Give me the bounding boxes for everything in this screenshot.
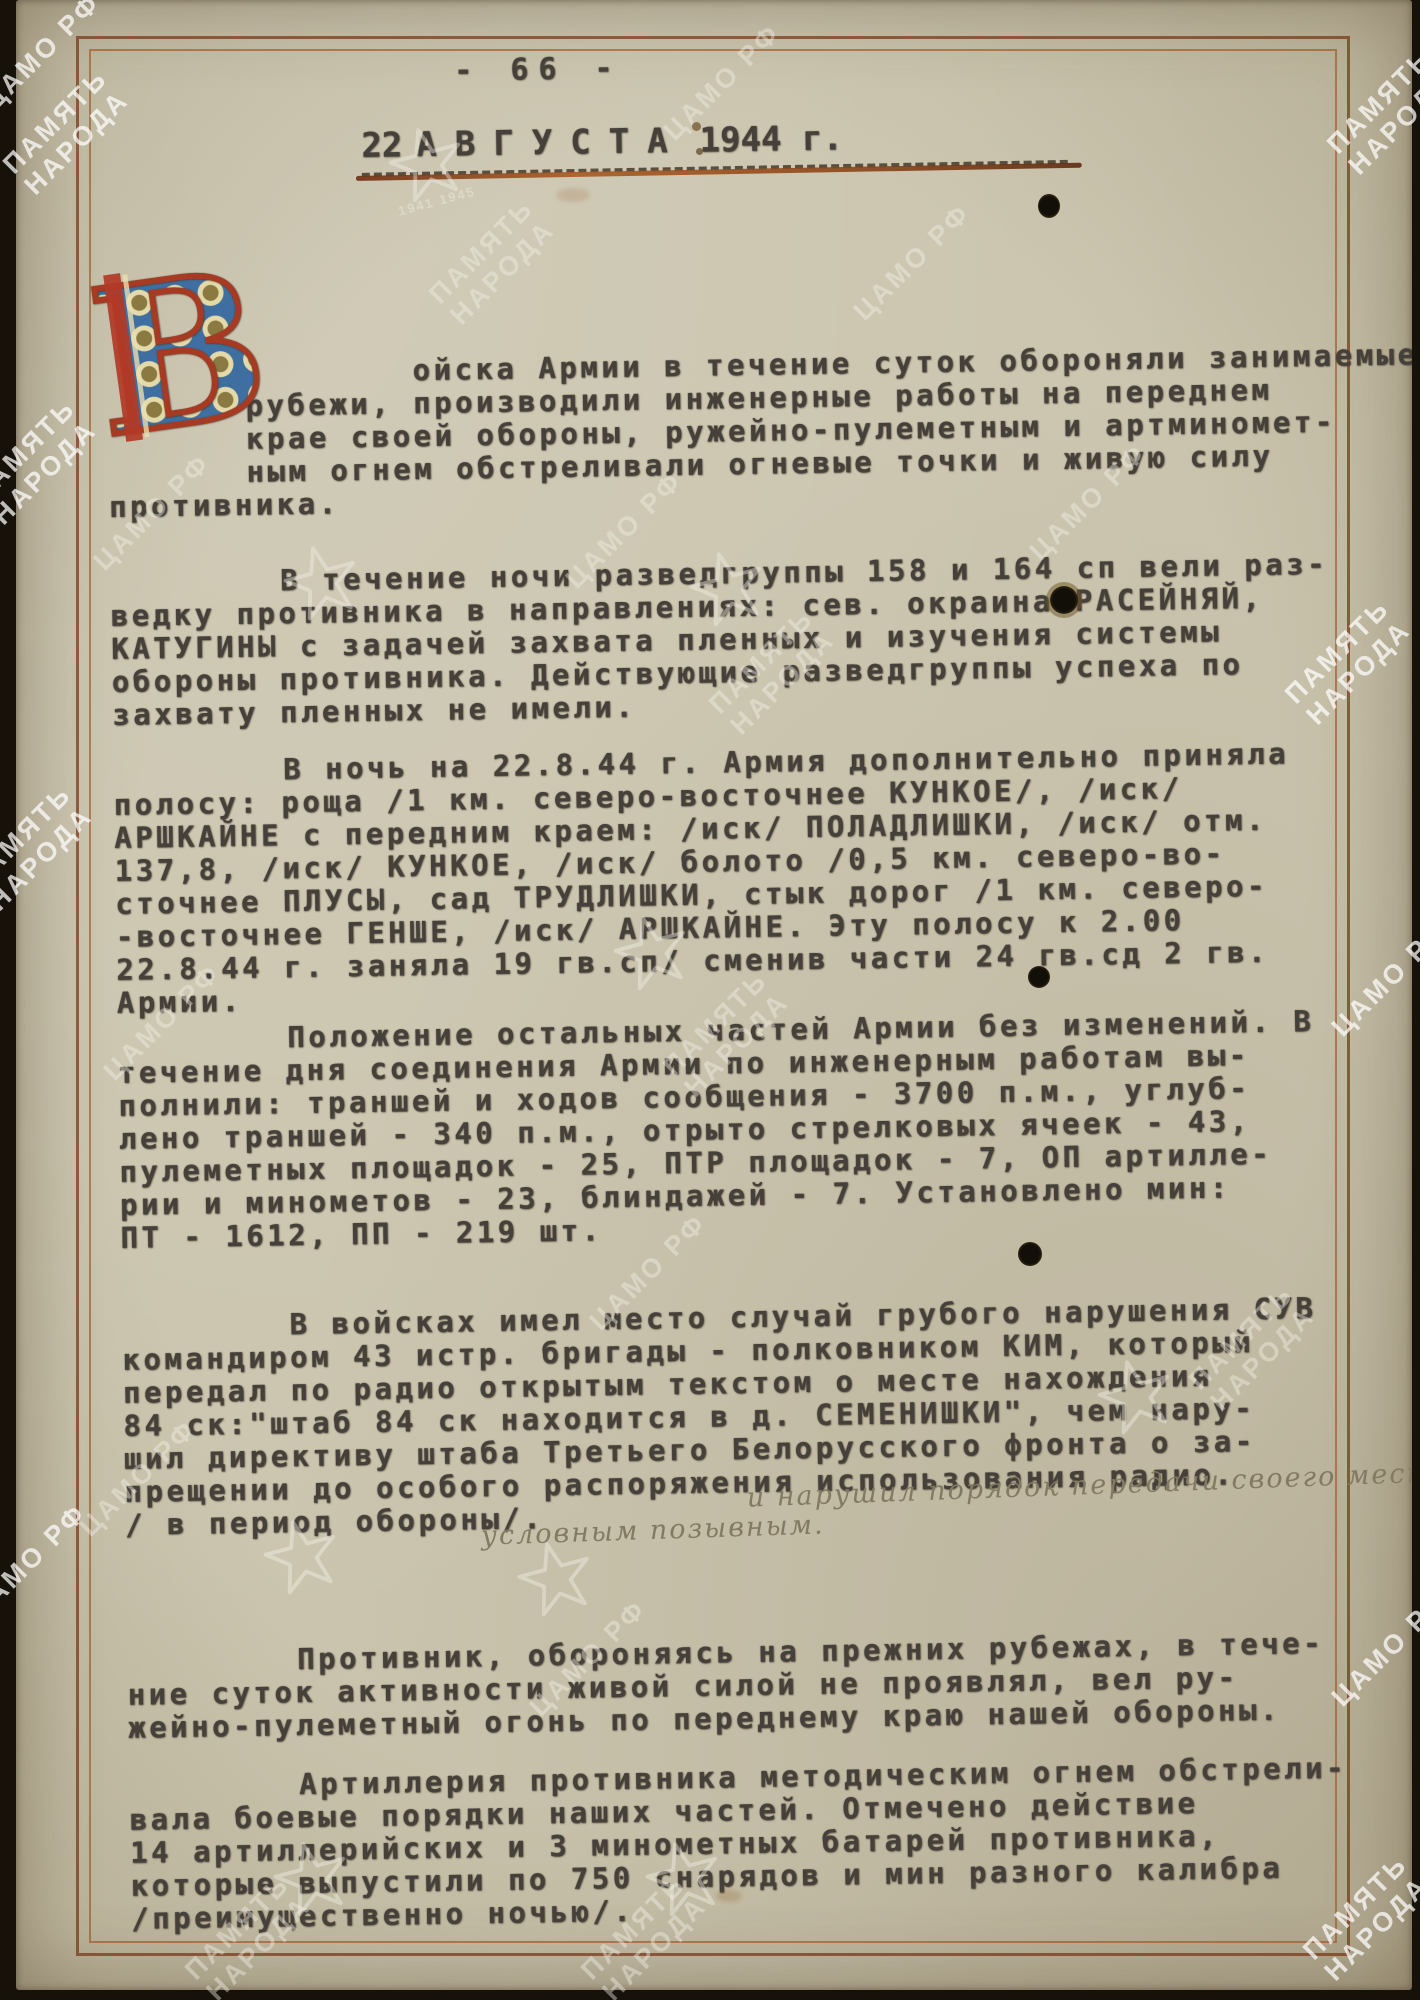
paragraph-4: Положение остальных частей Армии без изм… (117, 1005, 1350, 1255)
paragraph-2: В течение ночи разведгруппы 158 и 164 сп… (110, 548, 1342, 732)
ink-speck (692, 122, 701, 131)
date-heading-day: 22 (361, 125, 403, 166)
date-heading: 22АВГУСТА1944 г. (361, 109, 1334, 168)
paper-stain (556, 188, 590, 202)
document-page: - 66 - 22АВГУСТА1944 г. (16, 0, 1412, 1990)
date-heading-month: АВГУСТА (416, 121, 686, 165)
scan-edge-right (1412, 0, 1420, 2000)
paragraph-1: В ойска Армии в течение суток обороняли … (106, 307, 1339, 557)
paragraph-7: Артиллерия противника методическим огнем… (129, 1751, 1361, 1935)
typed-text-block: - 66 - 22АВГУСТА1944 г. (102, 39, 1361, 1936)
paragraph-5: В войсках имел место случай грубого нару… (121, 1259, 1357, 1641)
paragraph-6: Противник, обороняясь на прежних рубежах… (127, 1626, 1358, 1744)
scan-edge-left (0, 0, 16, 2000)
paragraph-1-text: ойска Армии в течение суток обороняли за… (109, 337, 1419, 524)
punch-hole (1018, 1242, 1042, 1266)
ink-speck (696, 148, 703, 155)
paper-stain (716, 1890, 742, 1902)
scanned-document: - 66 - 22АВГУСТА1944 г. (0, 0, 1420, 2000)
punch-hole (1038, 194, 1060, 218)
punch-hole (1028, 966, 1050, 988)
scan-edge-bottom (0, 1990, 1420, 2000)
paragraph-3: В ночь на 22.8.44 г. Армия дополнительно… (113, 737, 1347, 1020)
illuminated-initial: В (107, 357, 247, 491)
page-number: - 66 - (454, 39, 1332, 91)
date-heading-year: 1944 г. (699, 118, 843, 160)
punch-hole (1050, 586, 1078, 614)
initial-letter-glyph: В (79, 226, 282, 482)
